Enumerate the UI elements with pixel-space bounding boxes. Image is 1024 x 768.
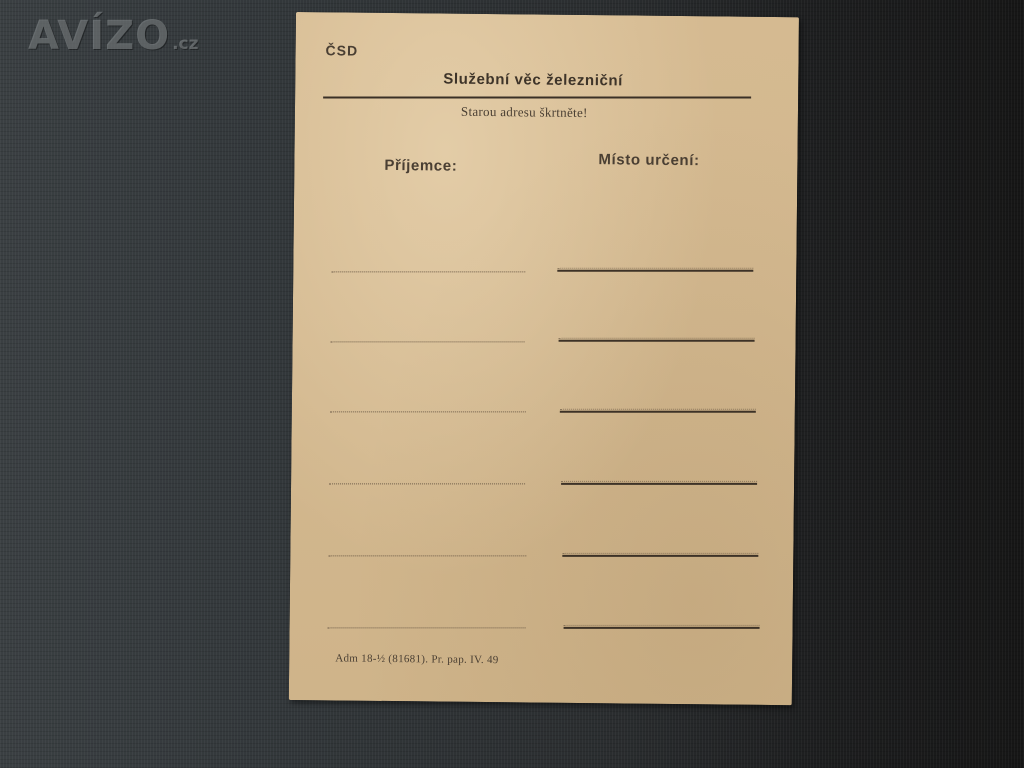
recipient-line-6 (328, 627, 526, 628)
recipient-line-2 (331, 341, 525, 342)
recipient-line-5 (328, 555, 526, 556)
recipient-line-3 (330, 411, 526, 412)
avizo-watermark-logo: AVÍZO.cz (28, 16, 199, 56)
document-subtitle: Starou adresu škrtněte! (461, 104, 588, 121)
form-footer-code: Adm 18-½ (81681). Pr. pap. IV. 49 (335, 652, 499, 666)
watermark-tld: .cz (172, 34, 198, 54)
recipient-label: Příjemce: (384, 157, 457, 175)
railway-service-envelope: ČSD Služební věc železniční Starou adres… (289, 12, 799, 705)
destination-line-5 (562, 555, 758, 557)
destination-line-3 (560, 411, 756, 413)
destination-line-6 (564, 627, 760, 629)
recipient-line-4 (329, 483, 525, 484)
destination-line-4 (561, 483, 757, 485)
destination-line-1 (557, 270, 753, 272)
document-title: Služební věc železniční (443, 71, 623, 90)
watermark-brand: AVÍZO (28, 13, 170, 59)
title-divider (323, 97, 751, 99)
recipient-line-1 (331, 271, 525, 272)
destination-label: Místo určení: (598, 151, 699, 169)
issuer-label: ČSD (326, 42, 359, 58)
destination-line-2 (559, 340, 755, 342)
